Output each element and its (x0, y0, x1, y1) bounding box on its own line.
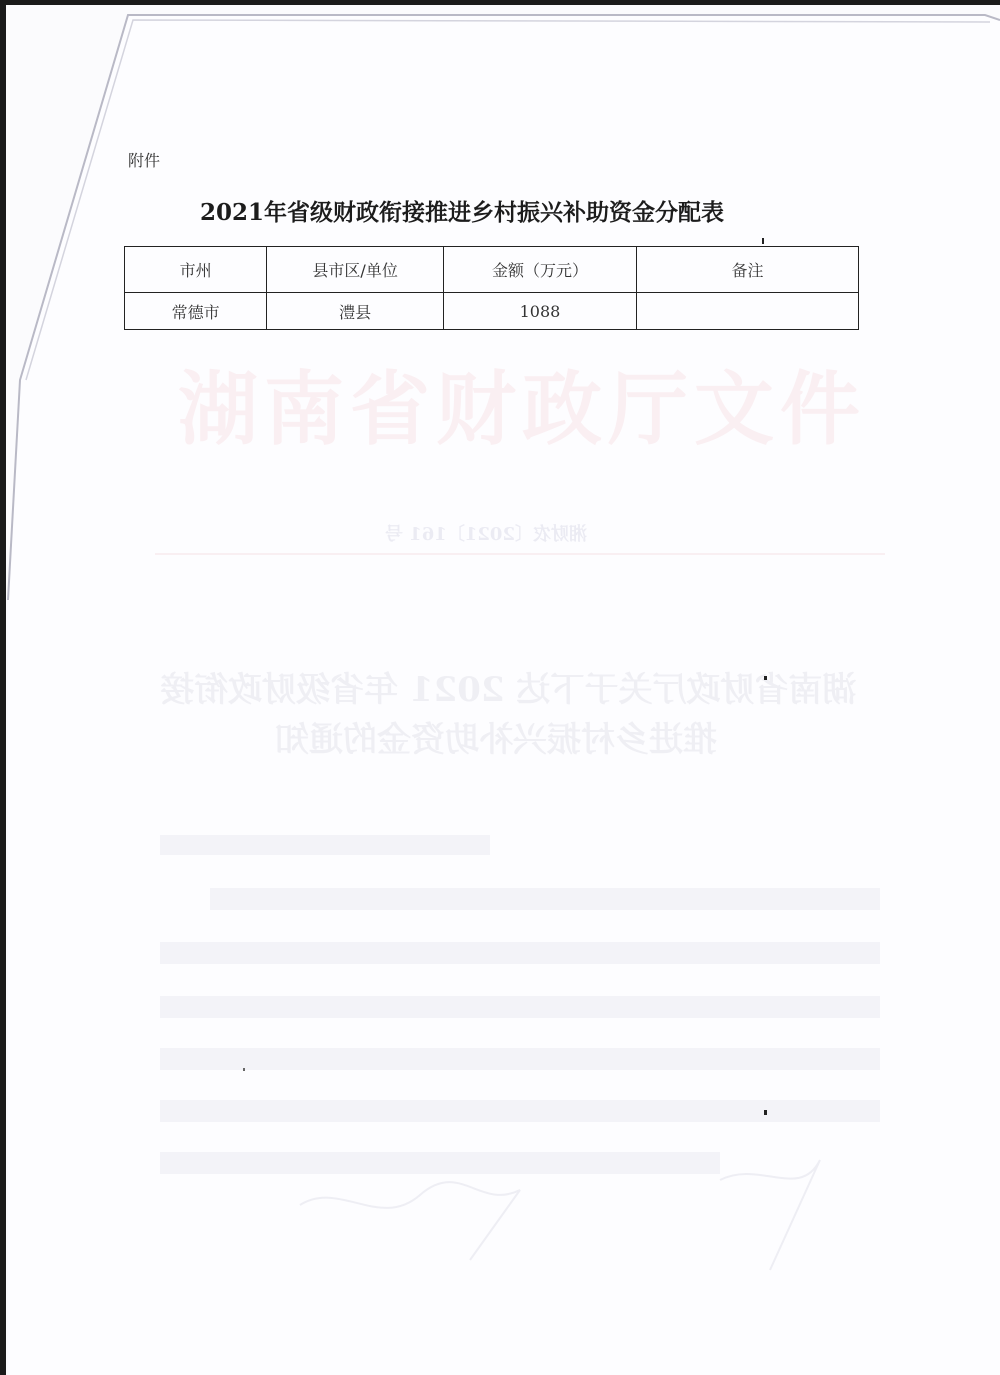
cell-county: 澧县 (267, 293, 444, 330)
attachment-label: 附件 (128, 148, 160, 171)
table-header-row: 市州 县市区/单位 金额（万元） 备注 (125, 247, 859, 293)
scan-speck (243, 1068, 245, 1071)
header-county: 县市区/单位 (267, 247, 444, 293)
document-title: 2021年省级财政衔接推进乡村振兴补助资金分配表 (200, 194, 724, 227)
header-city: 市州 (125, 247, 267, 293)
header-amount: 金额（万元） (444, 247, 637, 293)
header-note: 备注 (636, 247, 858, 293)
cell-note (636, 293, 858, 330)
cell-amount: 1088 (444, 293, 637, 330)
scan-speck (762, 238, 764, 244)
scan-speck (764, 676, 767, 680)
scan-speck (764, 1110, 767, 1115)
table-row: 常德市 澧县 1088 (125, 293, 859, 330)
allocation-table: 市州 县市区/单位 金额（万元） 备注 常德市 澧县 1088 (124, 246, 859, 330)
cell-city: 常德市 (125, 293, 267, 330)
